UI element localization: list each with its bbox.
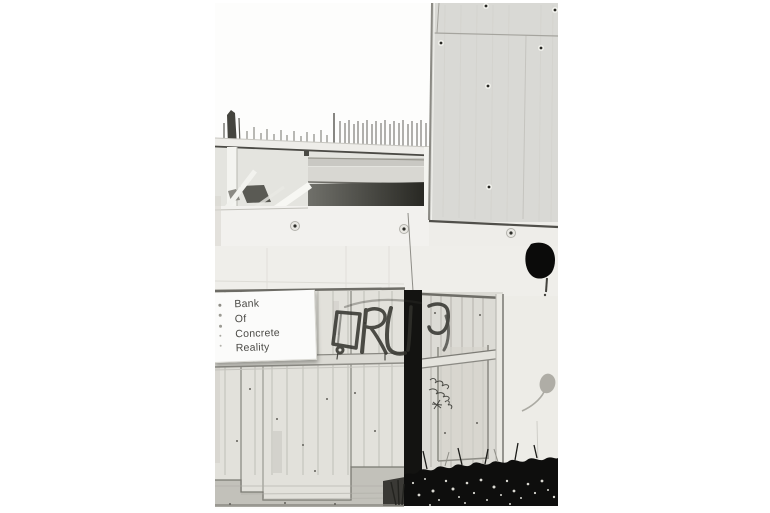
fence-right [422, 292, 503, 471]
sign-line-concrete: Concrete [235, 325, 280, 341]
photograph: Bank Of Concrete Reality [215, 3, 558, 509]
photo-scene [215, 3, 558, 509]
sign-line-bank: Bank [234, 296, 279, 312]
bank-sign: Bank Of Concrete Reality [215, 290, 317, 363]
floor-beams [308, 158, 431, 184]
concrete-panel [429, 3, 558, 227]
bullet-dot [218, 304, 221, 307]
sign-line-of: Of [235, 311, 280, 327]
dark-opening [308, 182, 431, 208]
bullet-dot [219, 335, 221, 337]
bullet-dot [219, 324, 222, 327]
bullet-dot [219, 314, 222, 317]
sign-line-reality: Reality [236, 340, 281, 356]
fence-post [496, 294, 503, 468]
bullet-dot [220, 344, 222, 346]
page: Bank Of Concrete Reality [0, 0, 770, 513]
sign-text: Bank Of Concrete Reality [230, 291, 281, 362]
